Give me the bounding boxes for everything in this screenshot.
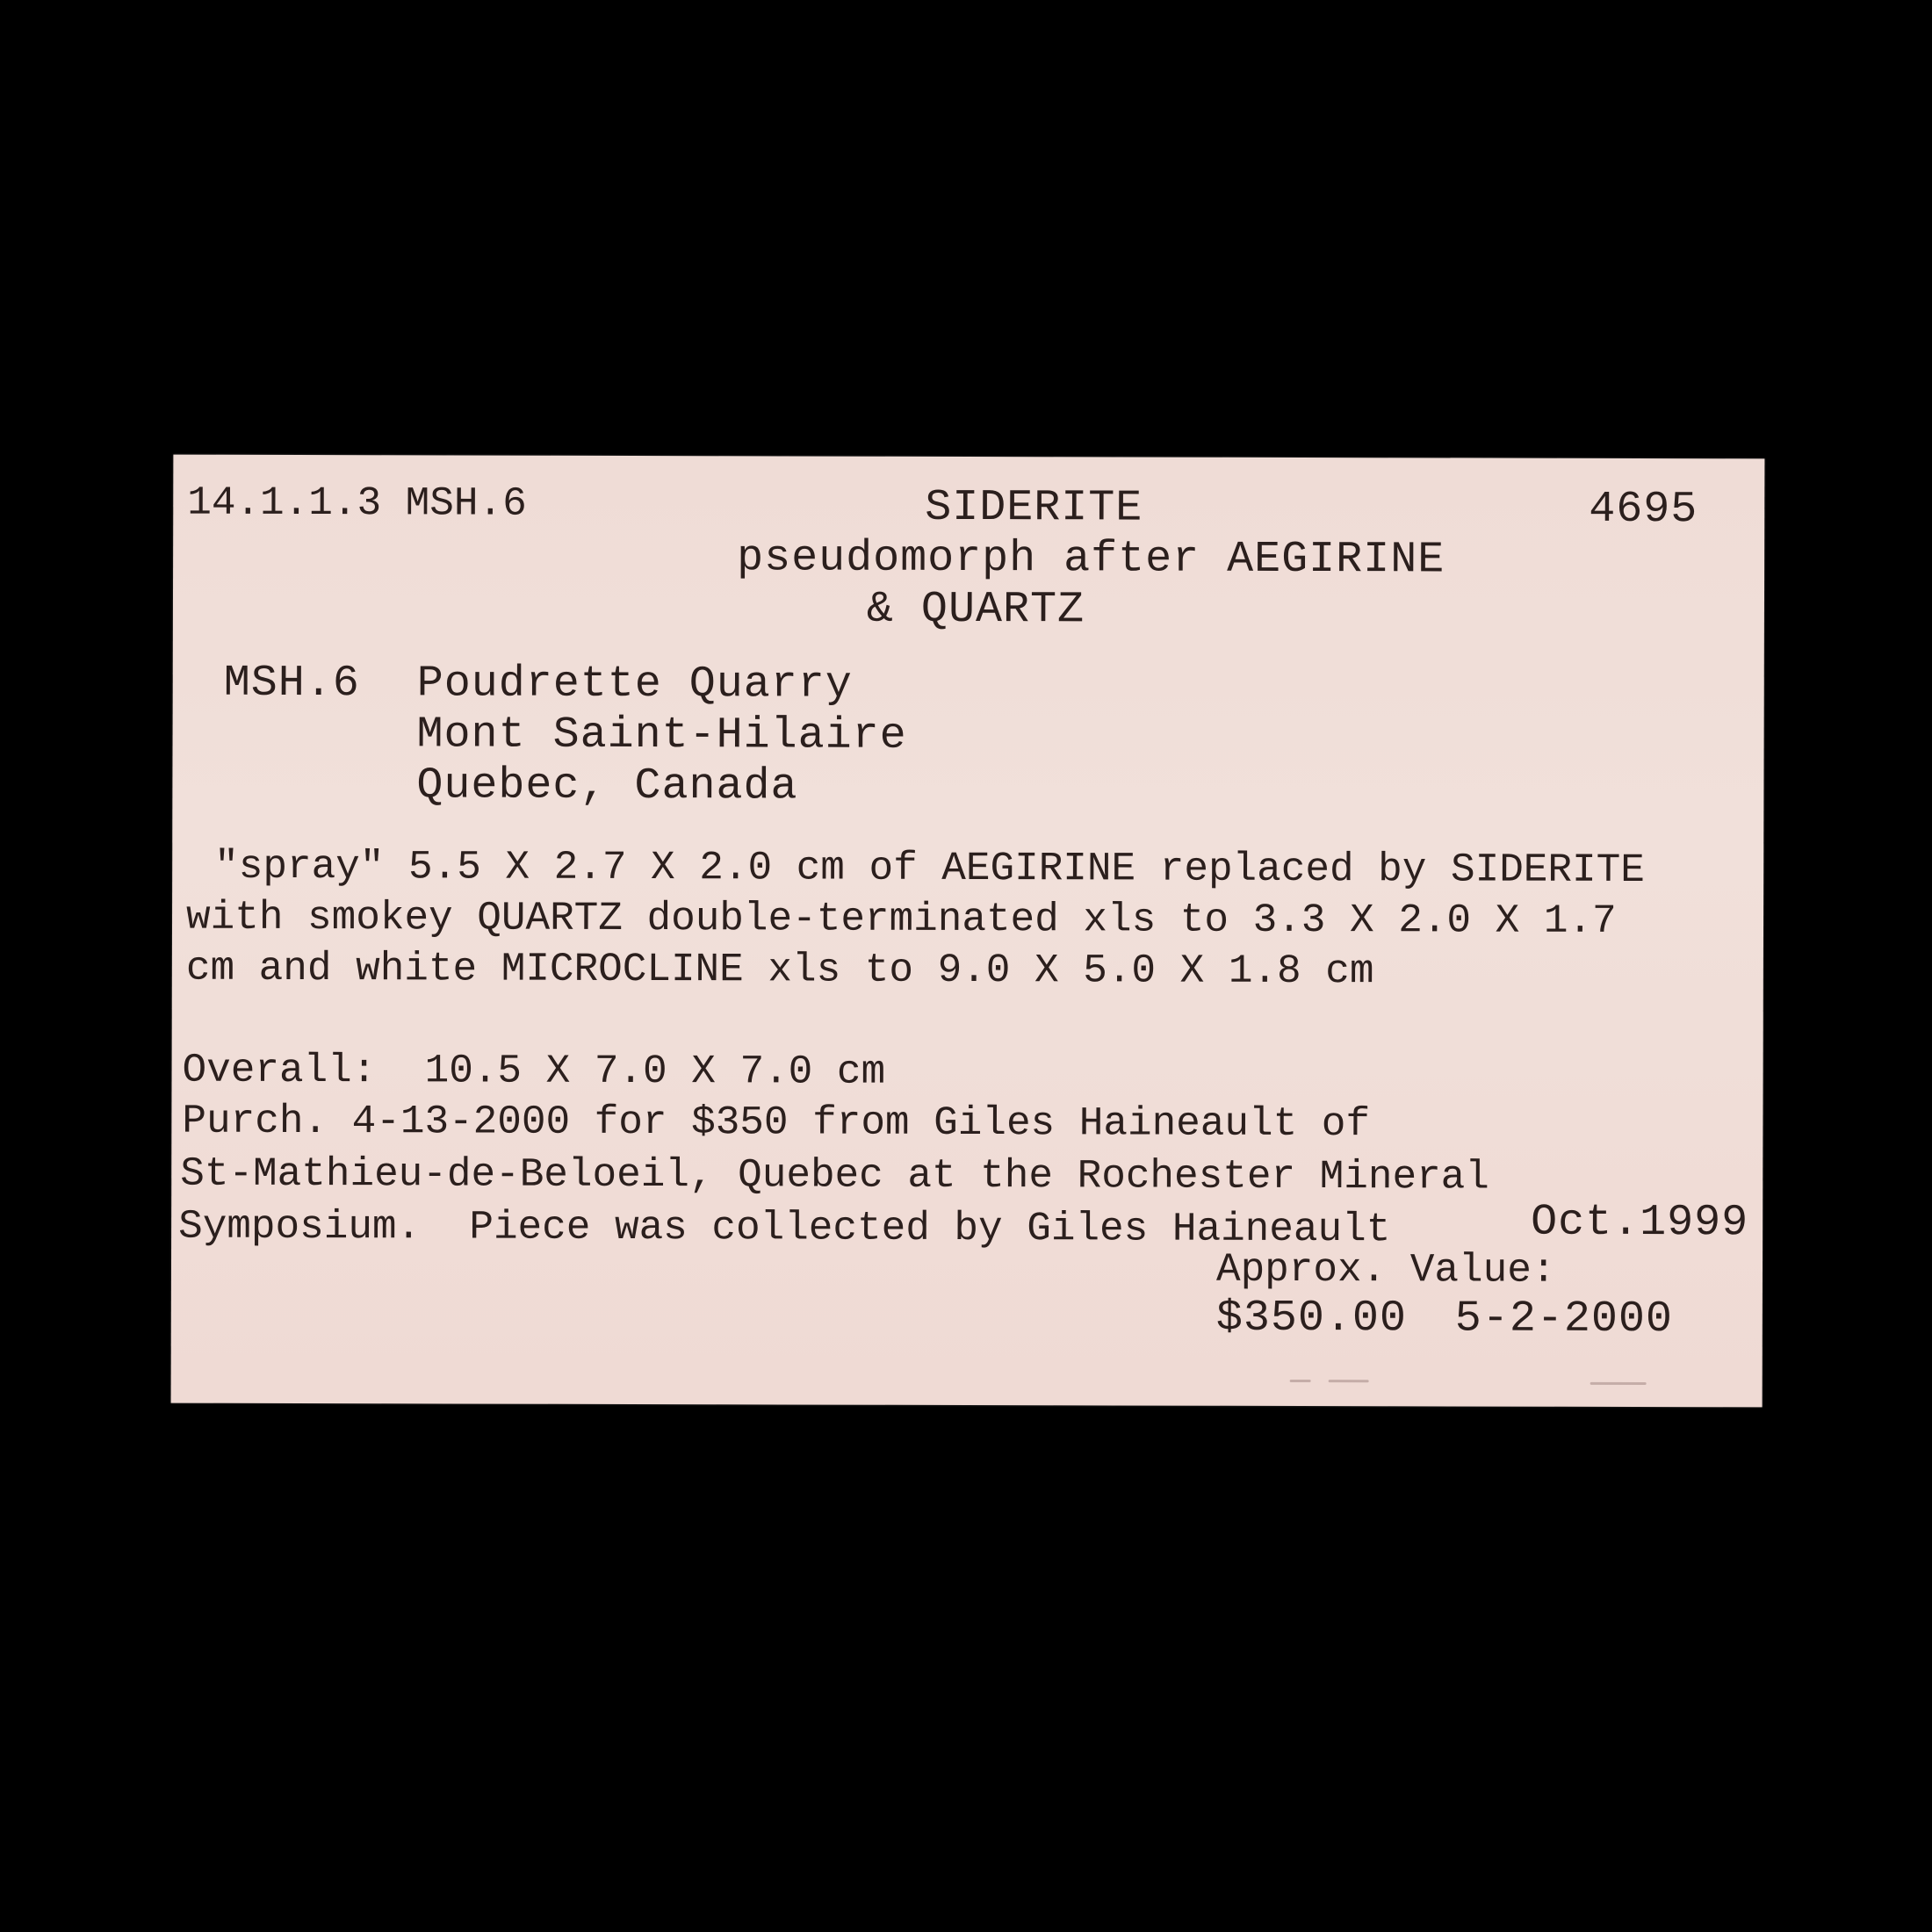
provenance-line: St-Mathieu-de-Beloeil, Quebec at the Roc… bbox=[180, 1149, 1489, 1203]
provenance-line: Symposium. Piece was collected by Giles … bbox=[178, 1201, 1390, 1256]
faint-mark bbox=[1329, 1380, 1369, 1382]
locality-line: Quebec, Canada bbox=[416, 761, 797, 812]
locality-line: Mont Saint-Hilaire bbox=[417, 710, 907, 761]
photo-background: 14.1.1.3 MSH.6 4695 SIDERITE pseudomorph… bbox=[0, 0, 1932, 1932]
mineral-subtitle-2: & QUARTZ bbox=[867, 585, 1085, 637]
mineral-subtitle: pseudomorph after AEGIRINE bbox=[737, 533, 1445, 586]
collected-date: Oct.1999 bbox=[1531, 1198, 1748, 1250]
catalog-number: 4695 bbox=[1589, 485, 1698, 536]
locality-line: Poudrette Quarry bbox=[417, 659, 853, 710]
description-line: "spray" 5.5 X 2.7 X 2.0 cm of AEGIRINE r… bbox=[214, 841, 1645, 896]
specimen-label-card: 14.1.1.3 MSH.6 4695 SIDERITE pseudomorph… bbox=[171, 455, 1765, 1408]
classification-code: 14.1.1.3 MSH.6 bbox=[187, 478, 527, 530]
approx-value-label: Approx. Value: bbox=[1216, 1244, 1556, 1296]
faint-mark bbox=[1290, 1380, 1311, 1382]
description-line: with smokey QUARTZ double-terminated xls… bbox=[186, 892, 1617, 947]
description-line: cm and white MICROCLINE xls to 9.0 X 5.0… bbox=[186, 943, 1374, 998]
approx-value-amount: $350.00 bbox=[1216, 1294, 1407, 1345]
provenance-line: Purch. 4-13-2000 for $350 from Giles Hai… bbox=[182, 1096, 1370, 1150]
locality-code: MSH.6 bbox=[224, 659, 360, 710]
faint-mark bbox=[1590, 1382, 1647, 1385]
mineral-title: SIDERITE bbox=[925, 483, 1143, 535]
overall-dimensions: Overall: 10.5 X 7.0 X 7.0 cm bbox=[183, 1045, 886, 1098]
approx-value-date: 5-2-2000 bbox=[1455, 1294, 1673, 1345]
